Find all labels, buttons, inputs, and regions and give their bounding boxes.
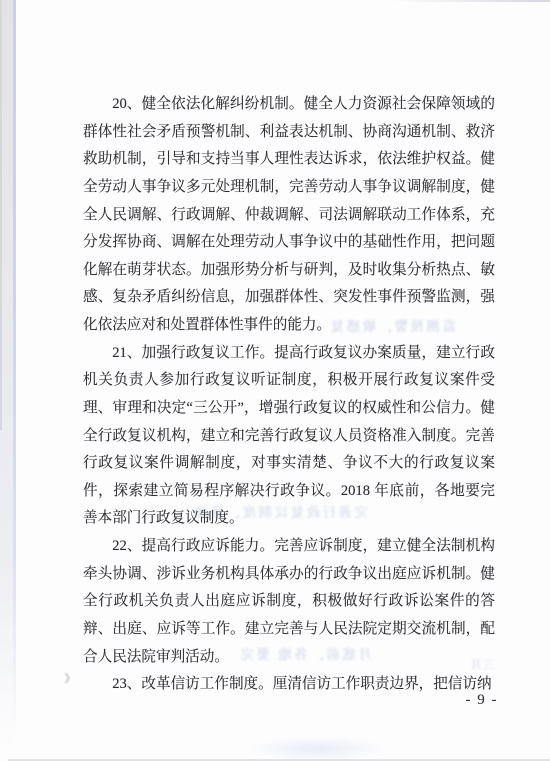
paragraph-23: 23、改革信访工作制度。厘清信访工作职责边界，把信访纳: [83, 671, 495, 699]
paragraph-22: 22、提高行政应诉能力。完善应诉制度，建立健全法制机构牵头协调、涉诉业务机构具体…: [83, 533, 495, 671]
document-body: 20、健全依法化解纠纷机制。健全人力资源社会保障领域的群体性社会矛盾预警机制、利…: [83, 91, 495, 699]
page-number: - 9 -: [466, 692, 499, 709]
paragraph-21: 21、加强行政复议工作。提高行政复议办案质量，建立行政机关负责人参加行政复议听证…: [83, 340, 495, 533]
page-bottom-smudge: [248, 736, 388, 762]
page-top-edge-shadow: [390, 0, 550, 2]
ink-bleedthrough-mark: 《: [62, 670, 76, 686]
scanner-edge-line: [0, 0, 2, 430]
page-edge-shadow: [13, 0, 16, 740]
paragraph-20: 20、健全依法化解纠纷机制。健全人力资源社会保障领域的群体性社会矛盾预警机制、利…: [83, 91, 495, 340]
